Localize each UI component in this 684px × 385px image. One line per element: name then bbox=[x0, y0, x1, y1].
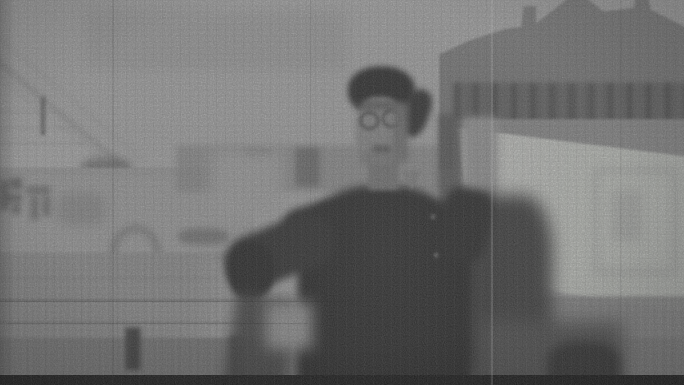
vignette-overlay bbox=[0, 0, 684, 385]
film-still-frame bbox=[0, 0, 684, 385]
